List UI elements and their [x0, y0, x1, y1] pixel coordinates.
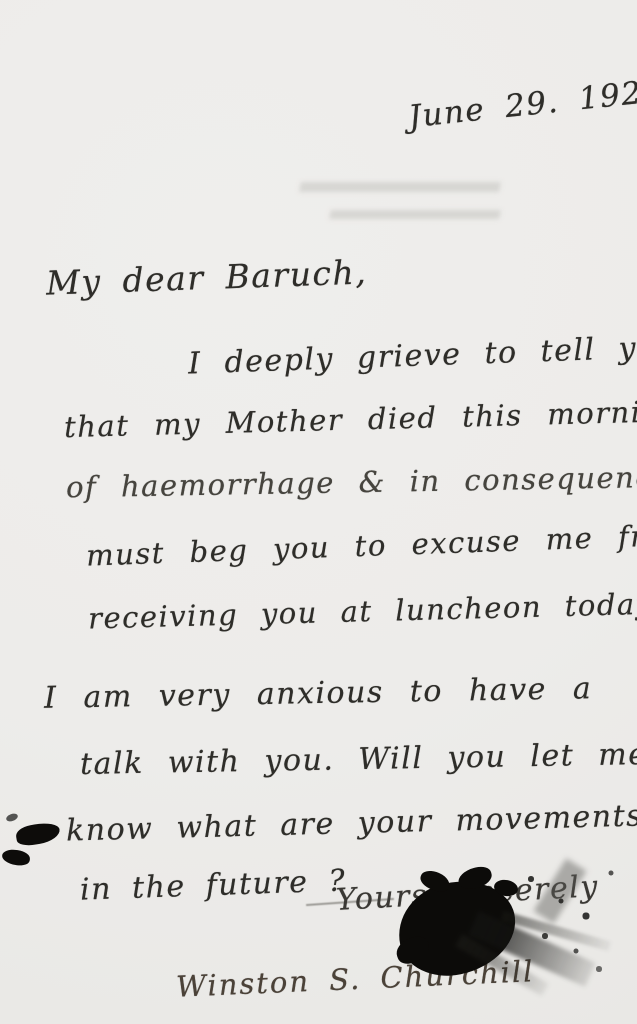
letter-body-line: talk with you. Will you let me	[80, 737, 637, 782]
letter-body-line: of haemorrhage & in consequence	[66, 460, 637, 505]
letter-page: June 29. 1921 My dear Baruch, I deeply g…	[0, 0, 637, 1024]
letter-date: June 29. 1921	[407, 73, 637, 136]
letter-body-line: know what are your movements	[66, 798, 637, 848]
ink-speckles	[0, 0, 2, 2]
letter-body-line: I am very anxious to have a	[44, 671, 593, 716]
letter-body-line: I deeply grieve to tell you	[188, 329, 637, 381]
letter-body-line: must beg you to excuse me from	[86, 517, 637, 572]
left-ink-blot	[1, 848, 31, 867]
letterhead-showthrough-line	[329, 210, 500, 219]
letter-body-line: that my Mother died this morning	[64, 394, 637, 444]
left-ink-speck	[5, 812, 19, 823]
letterhead-showthrough-line	[299, 182, 500, 192]
left-ink-blot	[15, 820, 62, 847]
letter-body-line: in the future ?	[79, 863, 346, 907]
letter-body-line: receiving you at luncheon today.	[88, 587, 637, 636]
letter-salutation: My dear Baruch,	[45, 252, 367, 302]
